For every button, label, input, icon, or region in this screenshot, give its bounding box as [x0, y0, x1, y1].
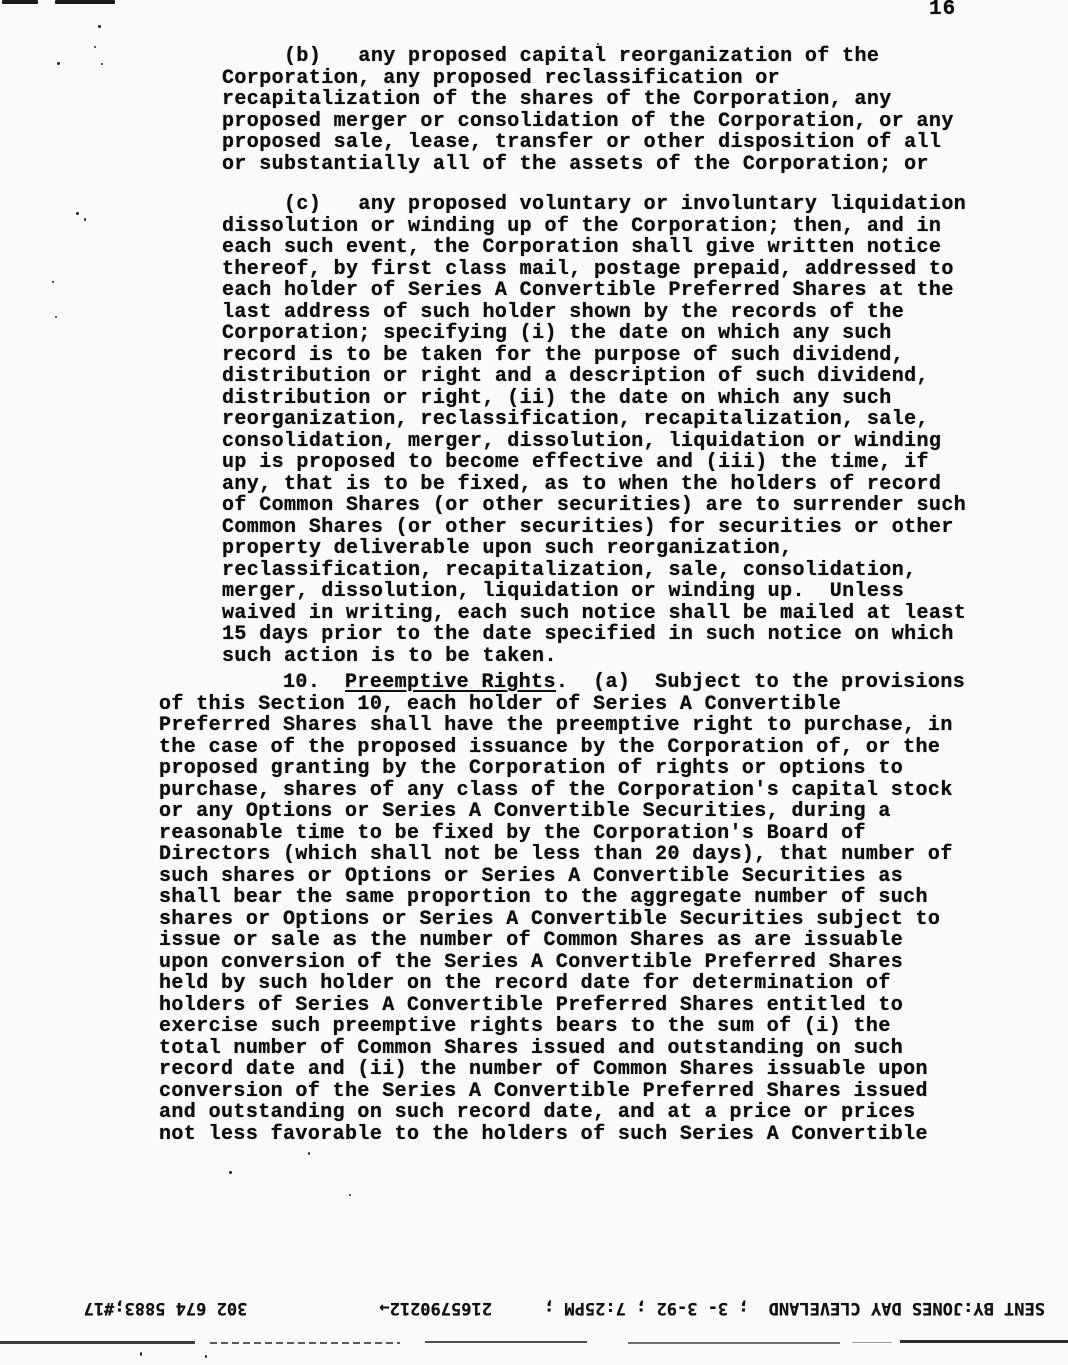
text-line: such action is to be taken. [222, 646, 966, 668]
text-line: (c) any proposed voluntary or involuntar… [222, 194, 966, 216]
text-line: of this Section 10, each holder of Serie… [159, 694, 965, 716]
paragraph-c: (c) any proposed voluntary or involuntar… [222, 194, 966, 667]
fax-to-number: 302 674 5883;#17 [84, 1298, 248, 1318]
section-10-body: of this Section 10, each holder of Serie… [159, 694, 965, 1146]
scan-speck [140, 1352, 142, 1356]
text-line: reclassification, recapitalization, sale… [222, 560, 966, 582]
scan-speck [308, 1152, 310, 1155]
scan-line-segment [628, 1342, 840, 1344]
text-line: 15 days prior to the date specified in s… [222, 624, 966, 646]
text-line: merger, dissolution, liquidation or wind… [222, 581, 966, 603]
text-line: dissolution or winding up of the Corpora… [222, 216, 966, 238]
text-line: (b) any proposed capital reorganization … [222, 46, 954, 68]
scan-artifact [55, 0, 115, 4]
fax-sender: SENT BY:JONES DAY CLEVELAND [769, 1298, 1045, 1318]
text-line: exercise such preemptive rights bears to… [159, 1016, 965, 1038]
text-line: distribution or right and a description … [222, 366, 966, 388]
text-line: shall bear the same proportion to the ag… [159, 887, 965, 909]
text-line: property deliverable upon such reorganiz… [222, 538, 966, 560]
page-number: 16 [929, 0, 956, 21]
text-line: record date and (ii) the number of Commo… [159, 1059, 965, 1081]
scan-line-segment [0, 1341, 195, 1344]
scan-speck [349, 1194, 351, 1196]
fax-datetime: ; 3- 3-92 ; 7:25PM ; [544, 1298, 749, 1318]
scan-speck [57, 62, 60, 65]
document-page: 16 (b) any proposed capital reorganizati… [0, 0, 1068, 1365]
fax-from-number: 2165790212→ [379, 1298, 492, 1318]
text-line: purchase, shares of any class of the Cor… [159, 780, 965, 802]
text-line: proposed granting by the Corporation of … [159, 758, 965, 780]
text-line: of Common Shares (or other securities) a… [222, 495, 966, 517]
text-line: such shares or Options or Series A Conve… [159, 866, 965, 888]
scan-speck [597, 43, 599, 45]
scan-speck [52, 281, 54, 283]
section-10-heading-rest: . (a) Subject to the provisions [556, 671, 965, 694]
fax-transmission-header: SENT BY:JONES DAY CLEVELAND ; 3- 3-92 ; … [25, 1296, 1045, 1320]
scan-line-segment [210, 1342, 400, 1344]
text-line: Preferred Shares shall have the preempti… [159, 715, 965, 737]
text-line: Corporation, any proposed reclassificati… [222, 68, 954, 90]
text-line: and outstanding on such record date, and… [159, 1102, 965, 1124]
scan-speck [55, 316, 57, 318]
text-line: consolidation, merger, dissolution, liqu… [222, 431, 966, 453]
text-line: thereof, by first class mail, postage pr… [222, 259, 966, 281]
text-line: shares or Options or Series A Convertibl… [159, 909, 965, 931]
scan-speck [98, 25, 101, 28]
scan-line-segment [900, 1340, 1068, 1343]
text-line: the case of the proposed issuance by the… [159, 737, 965, 759]
text-line: Directors (which shall not be less than … [159, 844, 965, 866]
text-line: any, that is to be fixed, as to when the… [222, 474, 966, 496]
section-10-title: Preemptive Rights [345, 671, 556, 694]
text-line: holders of Series A Convertible Preferre… [159, 995, 965, 1017]
section-10-paragraph: 10. Preemptive Rights. (a) Subject to th… [159, 672, 965, 1145]
text-line: Common Shares (or other securities) for … [222, 517, 966, 539]
text-line: each holder of Series A Convertible Pref… [222, 280, 966, 302]
paragraph-b: (b) any proposed capital reorganization … [222, 46, 954, 175]
scan-artifact [2, 0, 38, 4]
text-line: reasonable time to be fixed by the Corpo… [159, 823, 965, 845]
scan-speck [229, 1171, 232, 1174]
scan-speck [205, 1355, 207, 1358]
text-line: proposed sale, lease, transfer or other … [222, 132, 954, 154]
text-line: reorganization, reclassification, recapi… [222, 409, 966, 431]
text-line: last address of such holder shown by the… [222, 302, 966, 324]
text-line: distribution or right, (ii) the date on … [222, 388, 966, 410]
section-10-heading-line: 10. Preemptive Rights. (a) Subject to th… [159, 672, 965, 694]
section-10-number: 10. [159, 671, 345, 694]
text-line: Corporation; specifying (i) the date on … [222, 323, 966, 345]
text-line: proposed merger or consolidation of the … [222, 111, 954, 133]
scan-speck [94, 46, 96, 48]
text-line: each such event, the Corporation shall g… [222, 237, 966, 259]
scan-speck [84, 218, 86, 221]
text-line: or substantially all of the assets of th… [222, 154, 954, 176]
scan-line-segment [852, 1342, 892, 1343]
text-line: total number of Common Shares issued and… [159, 1038, 965, 1060]
text-line: waived in writing, each such notice shal… [222, 603, 966, 625]
scan-speck [101, 63, 103, 65]
text-line: issue or sale as the number of Common Sh… [159, 930, 965, 952]
text-line: recapitalization of the shares of the Co… [222, 89, 954, 111]
text-line: record is to be taken for the purpose of… [222, 345, 966, 367]
text-line: held by such holder on the record date f… [159, 973, 965, 995]
scan-speck [76, 212, 79, 215]
scan-line-segment [425, 1341, 587, 1343]
text-line: up is proposed to become effective and (… [222, 452, 966, 474]
text-line: conversion of the Series A Convertible P… [159, 1081, 965, 1103]
text-line: not less favorable to the holders of suc… [159, 1124, 965, 1146]
text-line: or any Options or Series A Convertible S… [159, 801, 965, 823]
text-line: upon conversion of the Series A Converti… [159, 952, 965, 974]
